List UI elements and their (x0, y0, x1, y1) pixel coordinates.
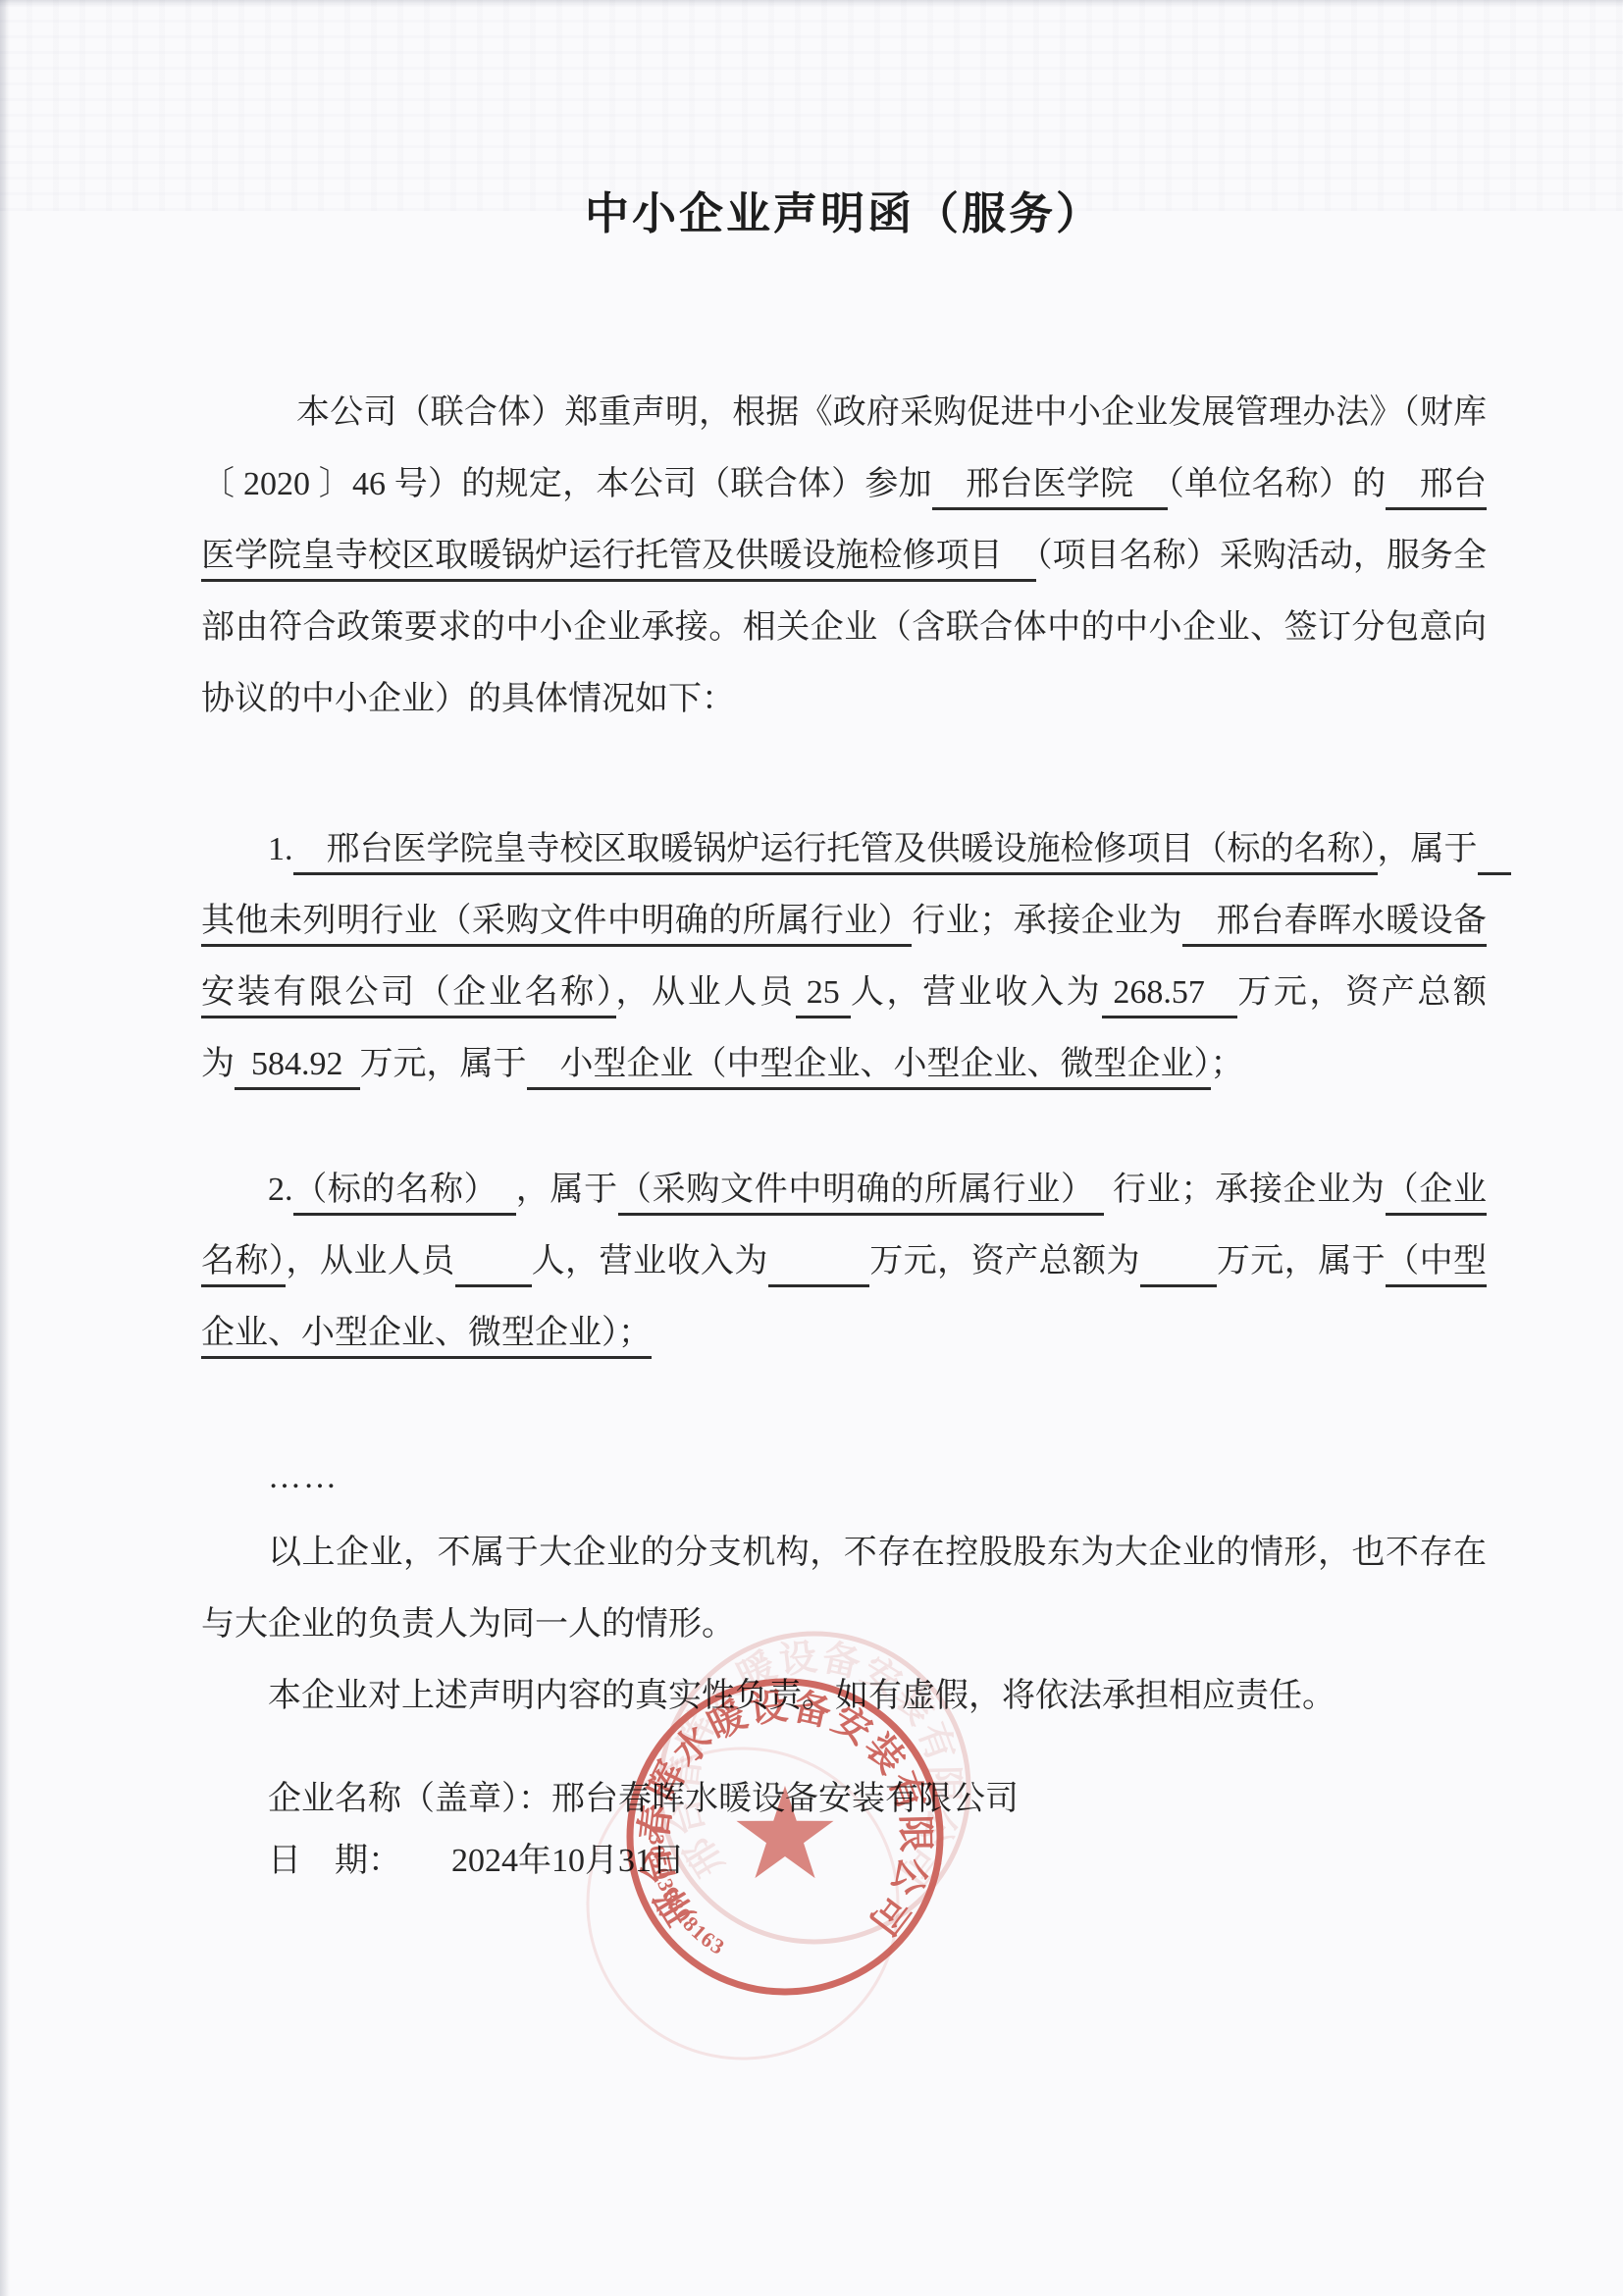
text-run: ； (1211, 1046, 1244, 1082)
text-run: ，属于 (516, 1172, 618, 1208)
underlined-field: 25 (796, 974, 851, 1018)
underlined-field (455, 1243, 532, 1287)
text-run: 行业；承接企业为 (1104, 1172, 1386, 1208)
underlined-field (768, 1243, 869, 1287)
text-run: 人，营业收入为 (851, 974, 1102, 1011)
scan-edge-shadow-left (0, 0, 10, 2296)
underlined-field: 邢台医学院 (932, 466, 1168, 510)
underlined-field (1140, 1243, 1217, 1287)
text-run: 万元，属于 (360, 1046, 527, 1082)
text-run: 1. (268, 831, 293, 867)
underlined-field: 邢台医学院皇寺校区取暖锅炉运行托管及供暖设施检修项目（标的名称） (293, 831, 1378, 875)
text-run: 万元，资产总额为 (869, 1243, 1140, 1279)
scanned-document-page: 中小企业声明函（服务） 本公司（联合体）郑重声明，根据《政府采购促进中小企业发展… (0, 0, 1623, 2296)
no-affiliation-paragraph: 以上企业，不属于大企业的分支机构，不存在控股股东为大企业的情形，也不存在与大企业… (201, 1517, 1487, 1660)
underlined-field: （采购文件中明确的所属行业） (618, 1172, 1104, 1216)
underlined-field: （标的名称） (293, 1172, 516, 1216)
document-content: 中小企业声明函（服务） 本公司（联合体）郑重声明，根据《政府采购促进中小企业发展… (201, 0, 1487, 1897)
text-run: 日 期： 2024年10月31日 (268, 1843, 685, 1879)
text-run: 本企业对上述声明内容的真实性负责。如有虚假，将依法承担相应责任。 (268, 1678, 1335, 1714)
underlined-field: 584.92 (235, 1046, 360, 1090)
text-run: 万元，属于 (1217, 1243, 1386, 1279)
ellipsis-line: …… (201, 1441, 1487, 1513)
signature-date-line: 日 期： 2024年10月31日 (201, 1825, 1487, 1897)
intro-paragraph: 本公司（联合体）郑重声明，根据《政府采购促进中小企业发展管理办法》（财库〔 20… (201, 377, 1487, 735)
text-run: （单位名称）的 (1168, 466, 1387, 502)
underlined-field: 268.57 (1102, 974, 1237, 1018)
document-title: 中小企业声明函（服务） (201, 184, 1487, 243)
text-run: ，从业人员 (616, 974, 796, 1011)
responsibility-paragraph: 本企业对上述声明内容的真实性负责。如有虚假，将依法承担相应责任。 (201, 1660, 1487, 1732)
text-run: 2. (268, 1172, 293, 1208)
text-run: 企业名称（盖章）：邢台春晖水暖设备安装有限公司 (268, 1781, 1019, 1817)
item-1-paragraph: 1. 邢台医学院皇寺校区取暖锅炉运行托管及供暖设施检修项目（标的名称），属于 其… (201, 813, 1487, 1100)
underlined-field: 小型企业（中型企业、小型企业、微型企业） (527, 1046, 1211, 1090)
item-2-paragraph: 2.（标的名称） ，属于（采购文件中明确的所属行业） 行业；承接企业为（企业名称… (201, 1154, 1487, 1369)
text-run: …… (268, 1459, 339, 1495)
text-run: 行业；承接企业为 (912, 903, 1182, 939)
text-run: 以上企业，不属于大企业的分支机构，不存在控股股东为大企业的情形，也不存在与大企业… (201, 1535, 1487, 1643)
text-run: ，属于 (1378, 831, 1478, 867)
text-run: 人，营业收入为 (532, 1243, 768, 1279)
document-body: 本公司（联合体）郑重声明，根据《政府采购促进中小企业发展管理办法》（财库〔 20… (201, 377, 1487, 1897)
text-run: ，从业人员 (286, 1243, 454, 1279)
